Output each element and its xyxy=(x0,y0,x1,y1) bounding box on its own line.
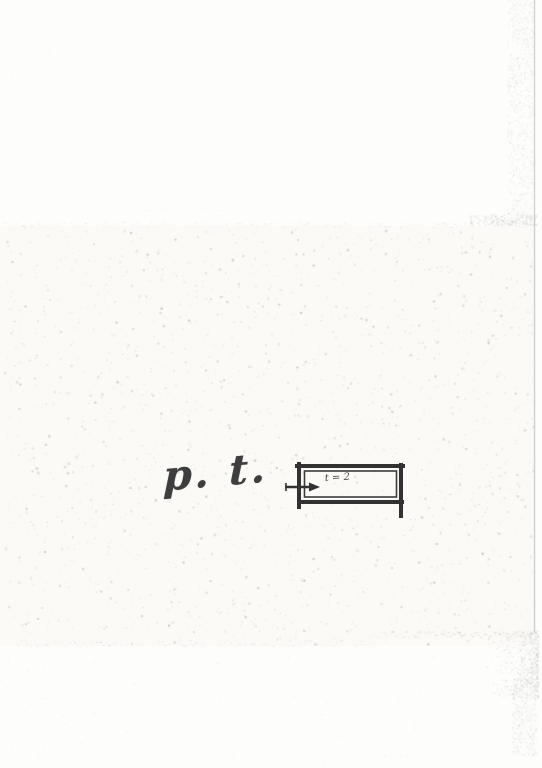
tube-inner-line xyxy=(305,471,397,497)
closed-tube-diagram: t = 2 xyxy=(280,450,410,522)
flow-arrow-icon xyxy=(285,483,320,492)
handwritten-note: p. t. xyxy=(163,443,269,500)
scanned-page: p. t. t = 2 xyxy=(0,0,542,768)
tube-annotation: t = 2 xyxy=(325,472,351,484)
photo-paste-region xyxy=(0,226,536,646)
